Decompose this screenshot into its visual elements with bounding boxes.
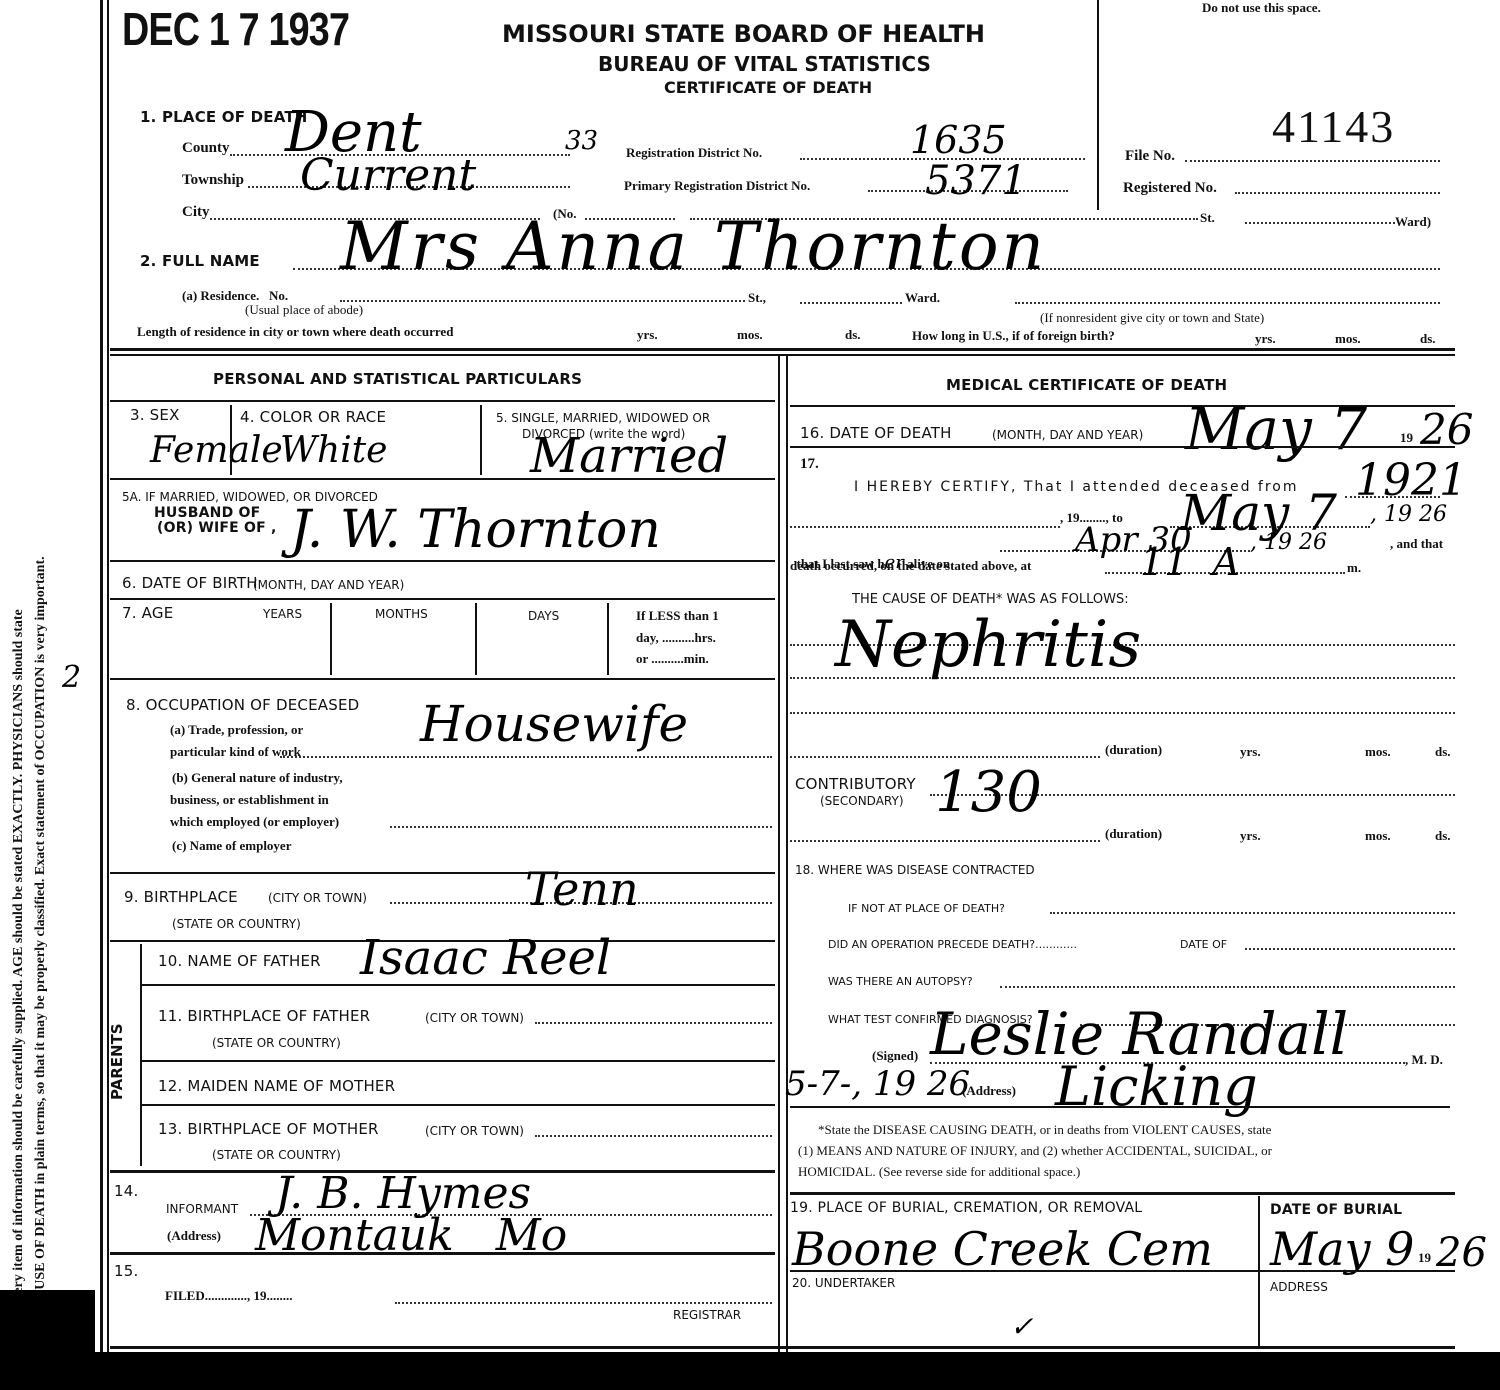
medical-heading: MEDICAL CERTIFICATE OF DEATH <box>946 376 1227 394</box>
parents-label: PARENTS <box>108 1023 126 1100</box>
reg-district-label: Registration District No. <box>626 145 762 161</box>
row-rule-11 <box>140 1060 775 1062</box>
spouse-label-2: HUSBAND OF <box>154 505 260 521</box>
parents-divider <box>140 944 142 1166</box>
length-ds: ds. <box>845 327 861 343</box>
less-than-day-2: day, ..........hrs. <box>636 630 716 646</box>
personal-heading: PERSONAL AND STATISTICAL PARTICULARS <box>213 370 582 388</box>
full-name-label: 2. FULL NAME <box>140 252 260 270</box>
occupation-label: 8. OCCUPATION OF DECEASED <box>126 696 359 714</box>
city-st-label: St. <box>1200 210 1215 226</box>
dod-rule <box>790 446 1455 448</box>
section-divider-top <box>110 348 1455 351</box>
occupation-value: Housewife <box>420 695 688 753</box>
form-subtitle: BUREAU OF VITAL STATISTICS <box>598 52 931 76</box>
nonresident-note: (If nonresident give city or town and St… <box>1040 310 1264 326</box>
residence-nonresident-line <box>1015 302 1440 304</box>
father-name-value: Isaac Reel <box>360 930 611 986</box>
residence-st-label: St., <box>748 290 766 306</box>
township-label: Township <box>182 172 244 189</box>
row-rule-12 <box>140 1104 775 1106</box>
reg-district-value: 1635 <box>910 118 1007 162</box>
residence-abode-note: (Usual place of abode) <box>245 302 363 318</box>
birthplace-value: Tenn <box>525 862 639 916</box>
secondary-label: (SECONDARY) <box>820 794 904 808</box>
form-left-border-inner <box>107 0 109 1360</box>
if-not-line <box>1050 912 1455 914</box>
contributory-duration-label: (duration) <box>1105 826 1162 842</box>
race-label: 4. COLOR OR RACE <box>240 408 386 426</box>
occupation-b1: (b) General nature of industry, <box>172 770 343 786</box>
burial-rule <box>790 1270 1455 1272</box>
attended-from-line-2 <box>790 526 1060 528</box>
primary-reg-value: 5371 <box>925 158 1027 204</box>
death-occurred-label: death occurred, on the date stated above… <box>790 558 1031 574</box>
race-marital-divider <box>480 405 482 475</box>
cause-value: Nephritis <box>835 608 1141 682</box>
undertaker-address-label: ADDRESS <box>1270 1280 1328 1294</box>
row-rule-7 <box>110 678 775 680</box>
form-title: MISSOURI STATE BOARD OF HEALTH <box>502 20 985 48</box>
file-no-label: File No. <box>1125 148 1175 165</box>
contributory-mos: mos. <box>1365 828 1391 844</box>
primary-reg-label: Primary Registration District No. <box>624 178 810 194</box>
occupation-b3: which employed (or employer) <box>170 814 339 830</box>
contributory-yrs: yrs. <box>1240 828 1261 844</box>
burial-date-value: May 9 <box>1270 1222 1414 1276</box>
father-name-label: 10. NAME OF FATHER <box>158 952 321 970</box>
length-residence-label: Length of residence in city or town wher… <box>137 324 453 340</box>
county-label: County <box>182 140 230 157</box>
burial-place-label: 19. PLACE OF BURIAL, CREMATION, OR REMOV… <box>790 1200 1142 1216</box>
township-value: Current <box>300 150 476 201</box>
father-birthplace-state: (STATE OR COUNTRY) <box>212 1036 341 1050</box>
mother-birthplace-sub: (CITY OR TOWN) <box>425 1124 524 1138</box>
date-of-line <box>1245 948 1455 950</box>
informant-label: INFORMANT <box>166 1202 238 1216</box>
cause-yrs: yrs. <box>1240 744 1261 760</box>
autopsy-label: WAS THERE AN AUTOPSY? <box>828 975 973 988</box>
row-rule-14 <box>110 1252 775 1255</box>
file-no-line <box>1185 160 1440 162</box>
mother-name-label: 12. MAIDEN NAME OF MOTHER <box>158 1077 395 1095</box>
days-label: DAYS <box>528 609 559 623</box>
physician-address-value: Licking <box>1055 1055 1258 1118</box>
received-date-stamp: DEC 1 7 1937 <box>122 2 349 56</box>
contributory-code: 130 <box>935 760 1042 825</box>
full-name-value: Mrs Anna Thornton <box>340 208 1047 285</box>
cause-duration-label: (duration) <box>1105 742 1162 758</box>
length-yrs: yrs. <box>637 327 658 343</box>
death-time-m: m. <box>1347 560 1361 576</box>
column-divider-2 <box>786 354 788 1354</box>
attended-from-value: 1921 <box>1355 455 1467 506</box>
us-ds: ds. <box>1420 331 1436 347</box>
less-than-day-1: If LESS than 1 <box>636 608 719 624</box>
row-rule-8 <box>110 872 775 874</box>
contributory-duration-line <box>790 840 1100 842</box>
signed-date: 5-7-, 19 26 <box>785 1064 970 1104</box>
registrar-line <box>395 1302 772 1304</box>
cause-line-3 <box>790 712 1455 714</box>
marital-value: Married <box>530 428 728 484</box>
birthplace-state: (STATE OR COUNTRY) <box>172 917 301 931</box>
burial-year-prefix: 19 <box>1418 1250 1431 1266</box>
race-value: White <box>280 430 387 471</box>
operation-label: DID AN OPERATION PRECEDE DEATH?.........… <box>828 938 1077 951</box>
cause-mos: mos. <box>1365 744 1391 760</box>
signed-rule <box>790 1106 1450 1108</box>
dob-sub: (MONTH, DAY AND YEAR) <box>253 578 404 592</box>
residence-no-line <box>340 300 745 302</box>
scan-edge-left <box>0 1290 95 1390</box>
foreign-birth-label: How long in U.S., if of foreign birth? <box>912 328 1115 344</box>
cause-ds: ds. <box>1435 744 1451 760</box>
occupation-a-line <box>280 756 772 758</box>
form-left-border <box>100 0 103 1360</box>
years-label: YEARS <box>263 607 302 621</box>
footnote-line-2: (1) MEANS AND NATURE OF INJURY, and (2) … <box>798 1143 1272 1159</box>
form-bottom-rule <box>110 1346 1455 1349</box>
residence-ward-label: Ward. <box>905 290 940 306</box>
informant-address-label: (Address) <box>167 1228 221 1244</box>
item-18-label: 18. WHERE WAS DISEASE CONTRACTED <box>795 863 1035 877</box>
place-of-death-label: 1. PLACE OF DEATH <box>140 108 308 126</box>
age-col-3 <box>607 603 609 675</box>
last-saw-year: , 19 26 <box>1250 530 1327 555</box>
length-mos: mos. <box>737 327 763 343</box>
spouse-value: J. W. Thornton <box>290 500 661 560</box>
form-name: CERTIFICATE OF DEATH <box>664 78 872 97</box>
and-that-label: , and that <box>1390 536 1443 552</box>
dod-label: 16. DATE OF DEATH <box>800 424 952 442</box>
father-birthplace-line <box>535 1022 772 1024</box>
mother-birthplace-state: (STATE OR COUNTRY) <box>212 1148 341 1162</box>
personal-heading-rule <box>110 400 775 402</box>
margin-instructions: Every item of information should be care… <box>8 0 52 1310</box>
physician-address-label: (Address) <box>962 1083 1016 1099</box>
us-yrs: yrs. <box>1255 331 1276 347</box>
spouse-label-3: (OR) WIFE OF , <box>157 520 276 536</box>
scan-edge-bottom <box>0 1352 1500 1390</box>
contributory-label: CONTRIBUTORY <box>795 775 916 793</box>
months-label: MONTHS <box>375 607 428 621</box>
occupation-c: (c) Name of employer <box>172 838 291 854</box>
checkmark: ✓ <box>1010 1310 1033 1343</box>
sex-race-divider <box>230 405 232 475</box>
section-divider-top-2 <box>110 354 1455 356</box>
file-number-value: 41143 <box>1272 100 1395 153</box>
marital-label: 5. SINGLE, MARRIED, WIDOWED OR <box>496 411 710 425</box>
father-birthplace-label: 11. BIRTHPLACE OF FATHER <box>158 1007 370 1025</box>
sex-value: Female <box>150 430 283 471</box>
autopsy-line <box>1000 986 1455 988</box>
burial-place-value: Boone Creek Cem <box>792 1222 1213 1276</box>
sex-label: 3. SEX <box>130 406 180 424</box>
birthplace-sub: (CITY OR TOWN) <box>268 891 367 905</box>
margin-line-1: Every item of information should be care… <box>8 0 30 1310</box>
if-not-label: IF NOT AT PLACE OF DEATH? <box>848 902 1005 915</box>
footnote-rule <box>790 1192 1455 1195</box>
county-code: 33 <box>565 126 598 156</box>
md-label: , M. D. <box>1405 1052 1443 1068</box>
occupation-a1: (a) Trade, profession, or <box>170 722 303 738</box>
father-birthplace-sub: (CITY OR TOWN) <box>425 1011 524 1025</box>
undertaker-label: 20. UNDERTAKER <box>792 1276 895 1290</box>
margin-line-2: CAUSE OF DEATH in plain terms, so that i… <box>30 0 52 1310</box>
column-divider <box>778 354 780 1354</box>
footnote-line-3: HOMICIDAL. (See reverse side for additio… <box>798 1164 1080 1180</box>
dod-value: May 7 <box>1185 395 1367 463</box>
us-mos: mos. <box>1335 331 1361 347</box>
filed-label: FILED............., 19........ <box>165 1288 292 1304</box>
birthplace-label: 9. BIRTHPLACE <box>124 888 238 906</box>
city-ward-line <box>1245 222 1395 224</box>
registered-no-line <box>1235 192 1440 194</box>
filed-number: 15. <box>114 1262 138 1280</box>
city-label: City <box>182 204 210 221</box>
mother-birthplace-label: 13. BIRTHPLACE OF MOTHER <box>158 1120 379 1138</box>
residence-ward-line <box>800 302 902 304</box>
date-of-label: DATE OF <box>1180 938 1227 951</box>
dod-sub: (MONTH, DAY AND YEAR) <box>992 428 1143 442</box>
signed-label: (Signed) <box>872 1048 918 1064</box>
item-17: 17. <box>800 456 819 473</box>
occupation-b-line <box>390 826 772 828</box>
row-rule-3 <box>110 478 775 480</box>
contributory-ds: ds. <box>1435 828 1451 844</box>
burial-date-label: DATE OF BURIAL <box>1270 1202 1402 1218</box>
row-rule-5a <box>110 560 775 562</box>
registered-no-label: Registered No. <box>1123 180 1217 197</box>
death-time-value: 11 A <box>1140 540 1240 584</box>
header-divider <box>1097 0 1099 210</box>
cause-label: THE CAUSE OF DEATH* WAS AS FOLLOWS: <box>852 592 1129 607</box>
dod-year-prefix: 19 <box>1400 430 1413 446</box>
age-col-1 <box>330 603 332 675</box>
mother-birthplace-line <box>535 1135 772 1137</box>
do-not-use-note: Do not use this space. <box>1202 0 1321 16</box>
margin-scribble: 2 <box>62 660 81 695</box>
dob-label: 6. DATE OF BIRTH <box>122 574 258 592</box>
city-ward-label: Ward) <box>1395 214 1431 230</box>
age-label: 7. AGE <box>122 604 173 622</box>
less-than-day-3: or ..........min. <box>636 651 709 667</box>
informant-number: 14. <box>114 1182 138 1200</box>
registrar-label: REGISTRAR <box>673 1308 741 1322</box>
row-rule-6 <box>110 598 775 600</box>
attended-to-year: , 19 26 <box>1370 502 1447 527</box>
cause-duration-line <box>790 756 1100 758</box>
age-col-2 <box>475 603 477 675</box>
occupation-b2: business, or establishment in <box>170 792 329 808</box>
footnote-line-1: *State the DISEASE CAUSING DEATH, or in … <box>818 1122 1271 1138</box>
row-rule-10 <box>140 984 775 986</box>
